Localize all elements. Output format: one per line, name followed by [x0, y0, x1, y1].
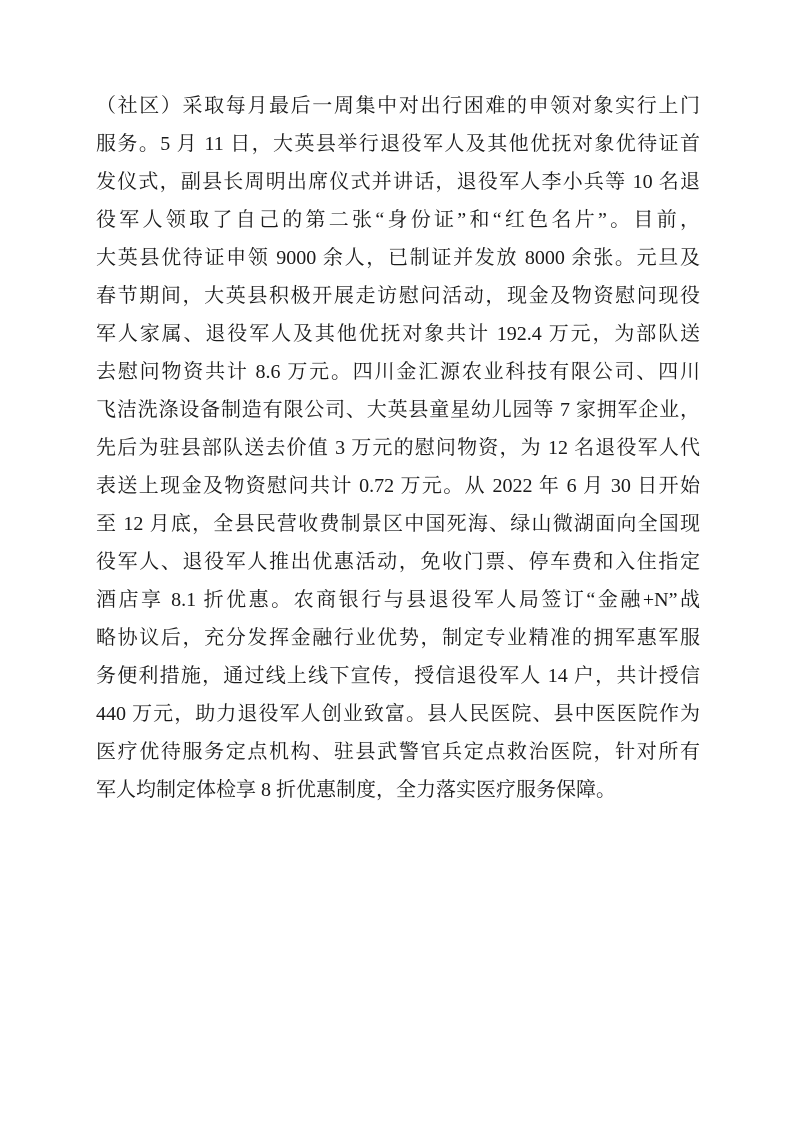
paragraph-line: 先后为驻县部队送去价值 3 万元的慰问物资，为 12 名退役军人代 [96, 429, 700, 467]
paragraph-line: 略协议后，充分发挥金融行业优势，制定专业精准的拥军惠军服 [96, 619, 700, 657]
paragraph-line: 飞洁洗涤设备制造有限公司、大英县童星幼儿园等 7 家拥军企业， [96, 391, 700, 429]
paragraph-line: 医疗优待服务定点机构、驻县武警官兵定点救治医院，针对所有 [96, 733, 700, 771]
paragraph-line: 发仪式，副县长周明出席仪式并讲话，退役军人李小兵等 10 名退 [96, 163, 700, 201]
paragraph-line: 务便利措施，通过线上线下宣传，授信退役军人 14 户，共计授信 [96, 657, 700, 695]
body-text: （社区）采取每月最后一周集中对出行困难的申领对象实行上门 服务。5 月 11 日… [96, 87, 700, 809]
paragraph-line: 服务。5 月 11 日，大英县举行退役军人及其他优抚对象优待证首 [96, 125, 700, 163]
paragraph-line: 军人均制定体检享 8 折优惠制度，全力落实医疗服务保障。 [96, 771, 700, 809]
paragraph-line: 役军人领取了自己的第二张“身份证”和“红色名片”。目前， [96, 201, 700, 239]
paragraph-line: 军人家属、退役军人及其他优抚对象共计 192.4 万元，为部队送 [96, 315, 700, 353]
paragraph-line: （社区）采取每月最后一周集中对出行困难的申领对象实行上门 [96, 87, 700, 125]
paragraph-line: 酒店享 8.1 折优惠。农商银行与县退役军人局签订“金融+N”战 [96, 581, 700, 619]
paragraph-line: 春节期间，大英县积极开展走访慰问活动，现金及物资慰问现役 [96, 277, 700, 315]
paragraph-line: 440 万元，助力退役军人创业致富。县人民医院、县中医医院作为 [96, 695, 700, 733]
paragraph-line: 役军人、退役军人推出优惠活动，免收门票、停车费和入住指定 [96, 543, 700, 581]
paragraph-line: 至 12 月底，全县民营收费制景区中国死海、绿山微湖面向全国现 [96, 505, 700, 543]
paragraph-line: 去慰问物资共计 8.6 万元。四川金汇源农业科技有限公司、四川 [96, 353, 700, 391]
paragraph-line: 表送上现金及物资慰问共计 0.72 万元。从 2022 年 6 月 30 日开始 [96, 467, 700, 505]
document-page: （社区）采取每月最后一周集中对出行困难的申领对象实行上门 服务。5 月 11 日… [0, 0, 793, 1122]
paragraph-line: 大英县优待证申领 9000 余人，已制证并发放 8000 余张。元旦及 [96, 239, 700, 277]
